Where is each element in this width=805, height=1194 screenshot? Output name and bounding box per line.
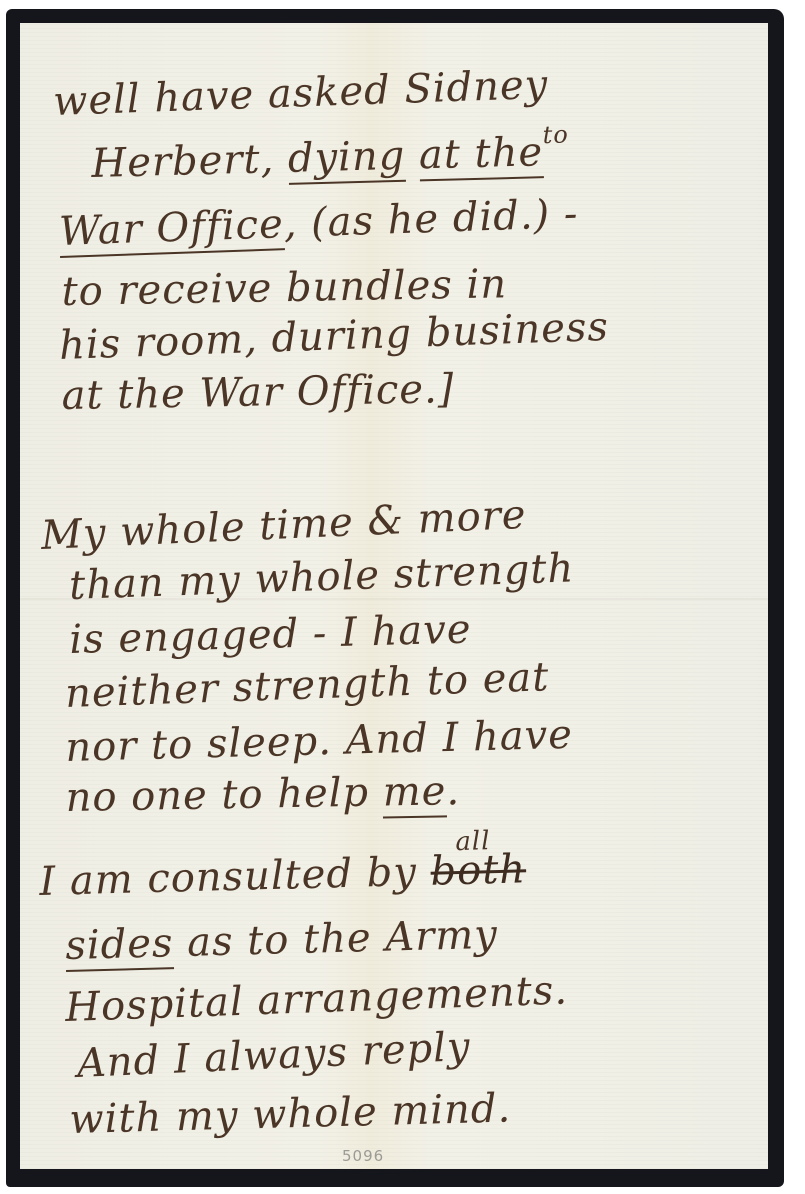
line-text: well have asked Sidney [52,62,549,125]
line-text: is engaged - I have [69,606,472,663]
line-text: as to the Army [173,912,499,966]
line-text: Herbert, [91,136,289,187]
handwritten-line: War Office, (as he did.) - [58,191,579,255]
underlined-phrase: War Office [58,201,284,258]
line-text: neither strength to eat [64,654,550,717]
catalog-number: 5096 [342,1147,384,1165]
underlined-word: sides [65,920,174,972]
handwritten-line: Herbert, dying at theto [91,129,570,187]
inserted-word: to [542,121,569,150]
handwritten-line: well have asked Sidney [52,62,549,125]
underlined-phrase: at the [418,129,543,181]
line-text: to receive bundles in [61,261,507,315]
handwritten-line: And I always reply [76,1024,471,1087]
line-text: , (as he did.) - [283,191,579,247]
underlined-word: dying [287,133,406,185]
handwritten-line: no one to help me. [65,768,460,821]
letter-paper: well have asked Sidney Herbert, dying at… [20,23,768,1169]
handwritten-line: is engaged - I have [69,606,472,663]
line-text: at the War Office.] [61,366,455,419]
letter-sheet-black-border: well have asked Sidney Herbert, dying at… [6,9,784,1187]
spacer [405,132,420,178]
handwritten-line: at the War Office.] [61,366,455,419]
handwritten-line: nor to sleep. And I have [65,712,574,771]
line-text: with my whole mind. [69,1085,512,1143]
line-text: I am consulted by [39,849,431,905]
line-text: nor to sleep. And I have [65,712,574,771]
inserted-word: all [455,827,456,857]
handwritten-line: neither strength to eat [64,654,550,717]
line-text: Hospital arrangements. [64,967,568,1031]
line-text: . [446,768,461,814]
line-text: And I always reply [76,1024,471,1087]
handwritten-line: to receive bundles in [61,261,507,315]
handwritten-line: Hospital arrangements. [64,967,568,1031]
line-text: no one to help [65,769,383,821]
handwritten-line: sides as to the Army [65,912,499,969]
handwritten-line: I am consulted by bothall [39,846,527,905]
underlined-word: me [382,768,446,818]
handwritten-line: with my whole mind. [69,1085,512,1143]
